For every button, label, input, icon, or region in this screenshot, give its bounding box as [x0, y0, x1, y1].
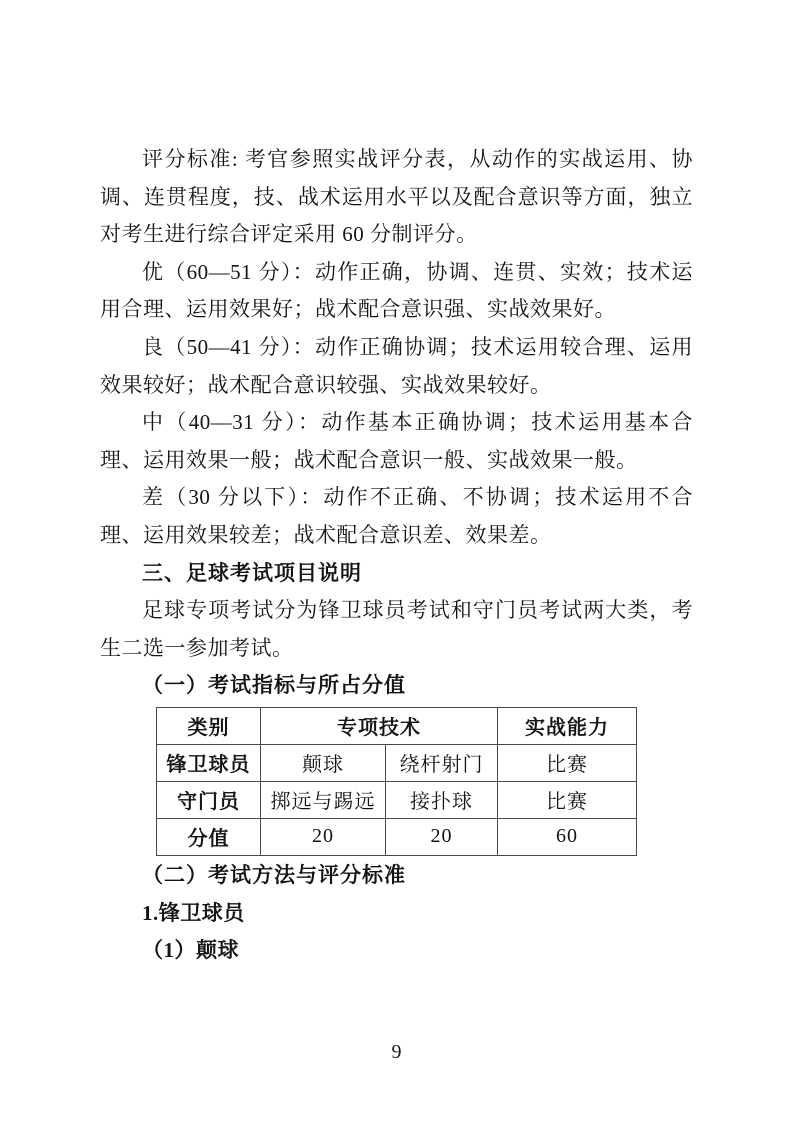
table-cell: 接扑球 — [386, 781, 498, 818]
table-cell: 60 — [498, 818, 637, 855]
table-cell: 20 — [386, 818, 498, 855]
page-number: 9 — [0, 1041, 793, 1064]
heading-sub-one: （一）考试指标与所占分值 — [100, 667, 693, 705]
table-header-practical-ability: 实战能力 — [498, 707, 637, 744]
table-cell-row-label: 守门员 — [157, 781, 261, 818]
paragraph-grade-good: 良（50—41 分）：动作正确协调；技术运用较合理、运用效果较好；战术配合意识较… — [100, 329, 693, 404]
table-cell: 掷远与踢远 — [261, 781, 386, 818]
document-page: 评分标准: 考官参照实战评分表，从动作的实战运用、协调、连贯程度，技、战术运用水… — [0, 0, 793, 1122]
table-row-goalkeeper: 守门员 掷远与踢远 接扑球 比赛 — [157, 781, 637, 818]
page-content: 评分标准: 考官参照实战评分表，从动作的实战运用、协调、连贯程度，技、战术运用水… — [100, 141, 693, 970]
table-cell: 比赛 — [498, 744, 637, 781]
table-row-forward-player: 锋卫球员 颠球 绕杆射门 比赛 — [157, 744, 637, 781]
paragraph-grade-poor: 差（30 分以下）：动作不正确、不协调；技术运用不合理、运用效果较差；战术配合意… — [100, 479, 693, 554]
heading-item-one: （1）颠球 — [100, 932, 693, 970]
paragraph-football-intro: 足球专项考试分为锋卫球员考试和守门员考试两大类，考生二选一参加考试。 — [100, 592, 693, 667]
heading-section-three: 三、足球考试项目说明 — [100, 555, 693, 593]
heading-sub-two: （二）考试方法与评分标准 — [100, 857, 693, 895]
table-header-row: 类别 专项技术 实战能力 — [157, 707, 637, 744]
paragraph-grade-medium: 中（40—31 分）：动作基本正确协调；技术运用基本合理、运用效果一般；战术配合… — [100, 404, 693, 479]
heading-player-type: 1.锋卫球员 — [100, 895, 693, 933]
exam-score-table: 类别 专项技术 实战能力 锋卫球员 颠球 绕杆射门 比赛 守门员 掷远与踢远 接… — [156, 707, 637, 856]
table-row-points: 分值 20 20 60 — [157, 818, 637, 855]
table-cell: 绕杆射门 — [386, 744, 498, 781]
table-cell: 颠球 — [261, 744, 386, 781]
table-cell-row-label: 锋卫球员 — [157, 744, 261, 781]
paragraph-grade-excellent: 优（60—51 分）：动作正确，协调、连贯、实效；技术运用合理、运用效果好；战术… — [100, 254, 693, 329]
table-header-special-technique: 专项技术 — [261, 707, 498, 744]
paragraph-scoring-standard: 评分标准: 考官参照实战评分表，从动作的实战运用、协调、连贯程度，技、战术运用水… — [100, 141, 693, 254]
table-cell: 20 — [261, 818, 386, 855]
table-header-category: 类别 — [157, 707, 261, 744]
table-cell: 比赛 — [498, 781, 637, 818]
table-cell-row-label: 分值 — [157, 818, 261, 855]
